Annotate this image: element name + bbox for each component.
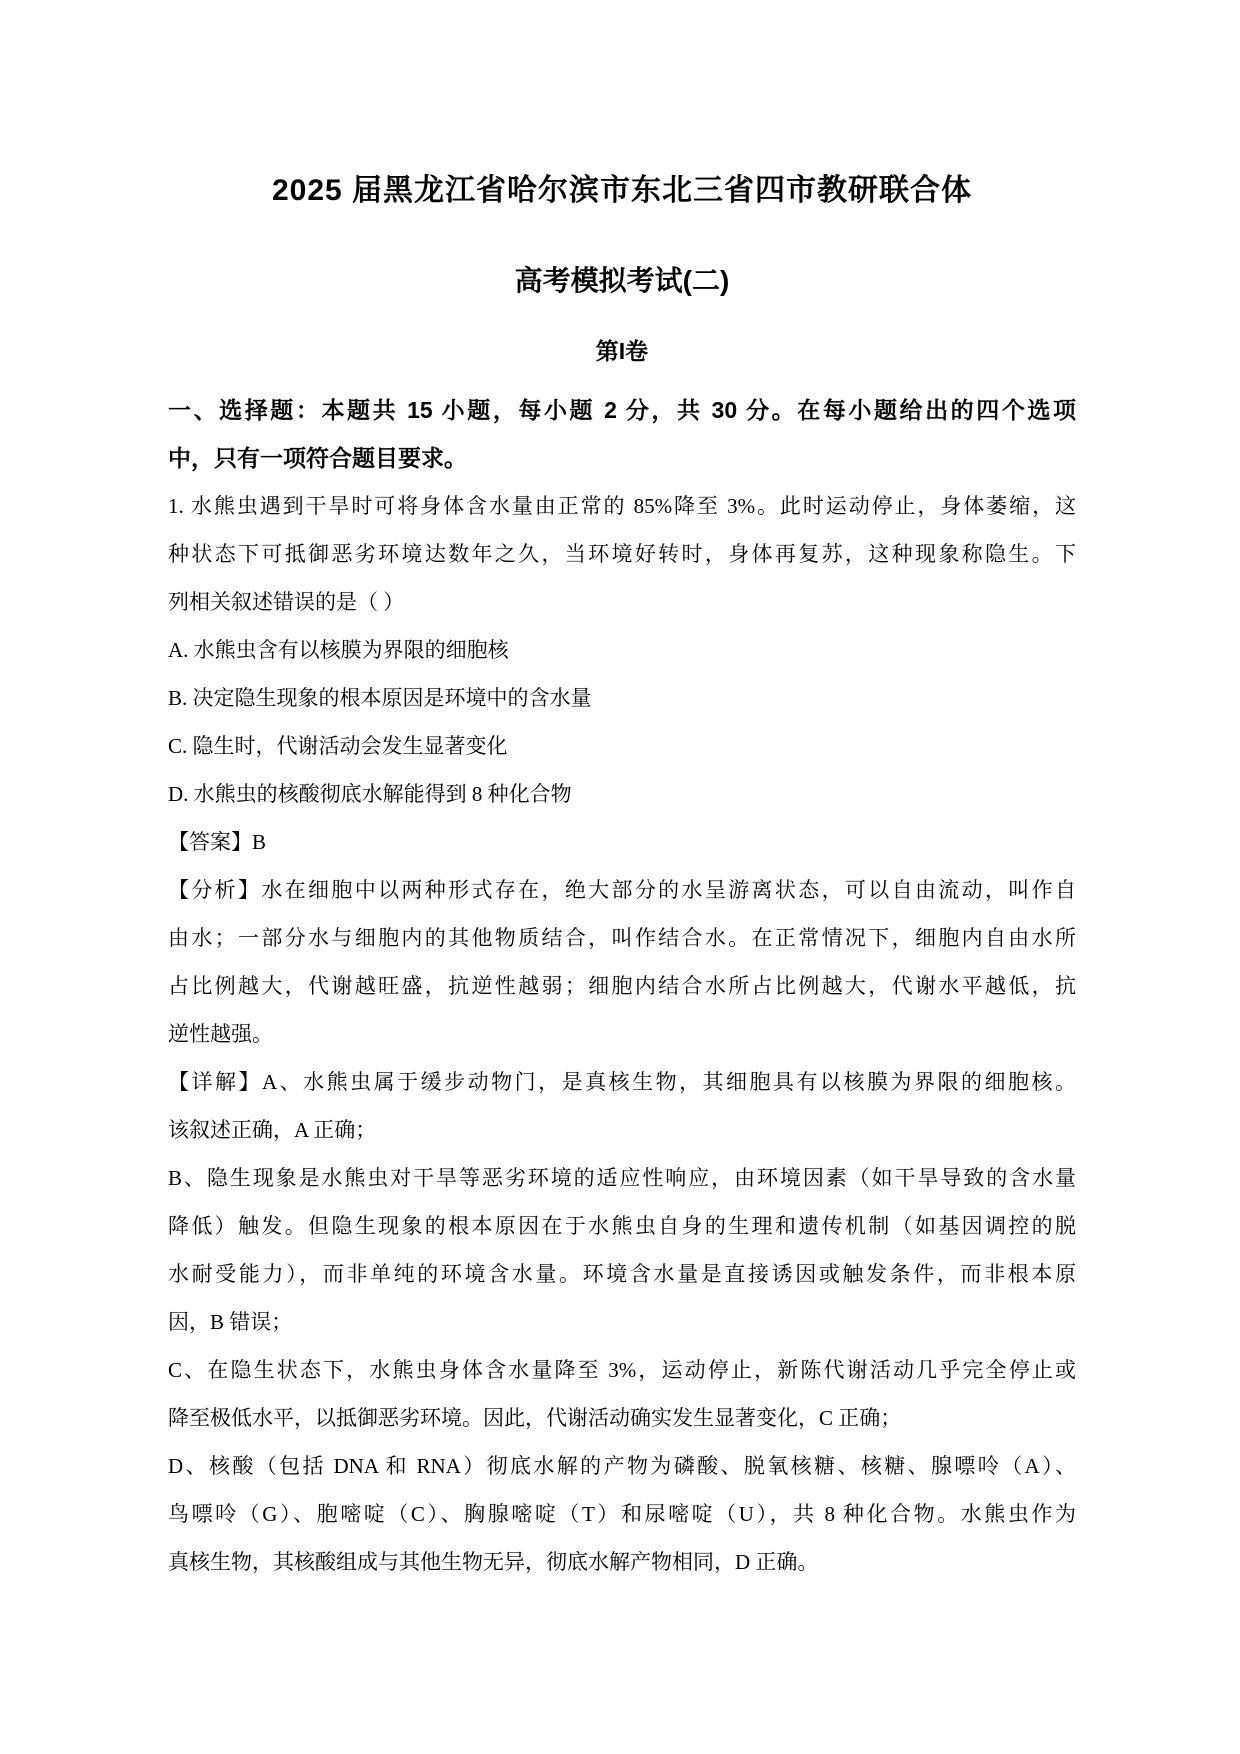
detail-line3: B、隐生现象是水熊虫对干旱等恶劣环境的适应性响应，由环境因素（如干旱导致的含水量 xyxy=(168,1154,1076,1202)
detail-line2: 该叙述正确，A 正确； xyxy=(168,1106,1076,1154)
analysis-line4: 逆性越强。 xyxy=(168,1010,1076,1058)
analysis-line1: 【分析】水在细胞中以两种形式存在，绝大部分的水呈游离状态，可以自由流动，叫作自 xyxy=(168,866,1076,914)
detail-line5: 水耐受能力），而非单纯的环境含水量。环境含水量是直接诱因或触发条件，而非根本原 xyxy=(168,1250,1076,1298)
option-d: D. 水熊虫的核酸彻底水解能得到 8 种化合物 xyxy=(168,770,1076,818)
section-heading-line2: 中，只有一项符合题目要求。 xyxy=(168,434,1076,482)
detail-line4: 降低）触发。但隐生现象的根本原因在于水熊虫自身的生理和遗传机制（如基因调控的脱 xyxy=(168,1202,1076,1250)
detail-line8: 降至极低水平，以抵御恶劣环境。因此，代谢活动确实发生显著变化，C 正确； xyxy=(168,1394,1076,1442)
detail-line7: C、在隐生状态下，水熊虫身体含水量降至 3%，运动停止，新陈代谢活动几乎完全停止… xyxy=(168,1346,1076,1394)
question-stem-line2: 种状态下可抵御恶劣环境达数年之久，当环境好转时，身体再复苏，这种现象称隐生。下 xyxy=(168,530,1076,578)
question-1: 1. 水熊虫遇到干旱时可将身体含水量由正常的 85%降至 3%。此时运动停止，身… xyxy=(168,482,1076,1586)
section-heading-line1: 一、选择题：本题共 15 小题，每小题 2 分，共 30 分。在每小题给出的四个… xyxy=(168,386,1076,434)
question-stem-line3: 列相关叙述错误的是（ ） xyxy=(168,578,1076,626)
page-title-line1: 2025 届黑龙江省哈尔滨市东北三省四市教研联合体 xyxy=(168,165,1076,209)
detail-line10: 鸟嘌呤（G）、胞嘧啶（C）、胸腺嘧啶（T）和尿嘧啶（U），共 8 种化合物。水熊… xyxy=(168,1490,1076,1538)
exam-page: 2025 届黑龙江省哈尔滨市东北三省四市教研联合体 高考模拟考试(二) 第I卷 … xyxy=(168,0,1076,1586)
detail-line1: 【详解】A、水熊虫属于缓步动物门，是真核生物，其细胞具有以核膜为界限的细胞核。 xyxy=(168,1058,1076,1106)
question-stem-line1: 1. 水熊虫遇到干旱时可将身体含水量由正常的 85%降至 3%。此时运动停止，身… xyxy=(168,482,1076,530)
page-title-line2: 高考模拟考试(二) xyxy=(168,259,1076,299)
volume-label: 第I卷 xyxy=(168,333,1076,366)
option-c: C. 隐生时，代谢活动会发生显著变化 xyxy=(168,722,1076,770)
detail-line9: D、核酸（包括 DNA 和 RNA）彻底水解的产物为磷酸、脱氧核糖、核糖、腺嘌呤… xyxy=(168,1442,1076,1490)
option-a: A. 水熊虫含有以核膜为界限的细胞核 xyxy=(168,626,1076,674)
answer-line: 【答案】B xyxy=(168,818,1076,866)
detail-line11: 真核生物，其核酸组成与其他生物无异，彻底水解产物相同，D 正确。 xyxy=(168,1538,1076,1586)
section-heading: 一、选择题：本题共 15 小题，每小题 2 分，共 30 分。在每小题给出的四个… xyxy=(168,386,1076,482)
detail-line6: 因，B 错误； xyxy=(168,1298,1076,1346)
option-b: B. 决定隐生现象的根本原因是环境中的含水量 xyxy=(168,674,1076,722)
analysis-line3: 占比例越大，代谢越旺盛，抗逆性越弱；细胞内结合水所占比例越大，代谢水平越低，抗 xyxy=(168,962,1076,1010)
analysis-line2: 由水；一部分水与细胞内的其他物质结合，叫作结合水。在正常情况下，细胞内自由水所 xyxy=(168,914,1076,962)
